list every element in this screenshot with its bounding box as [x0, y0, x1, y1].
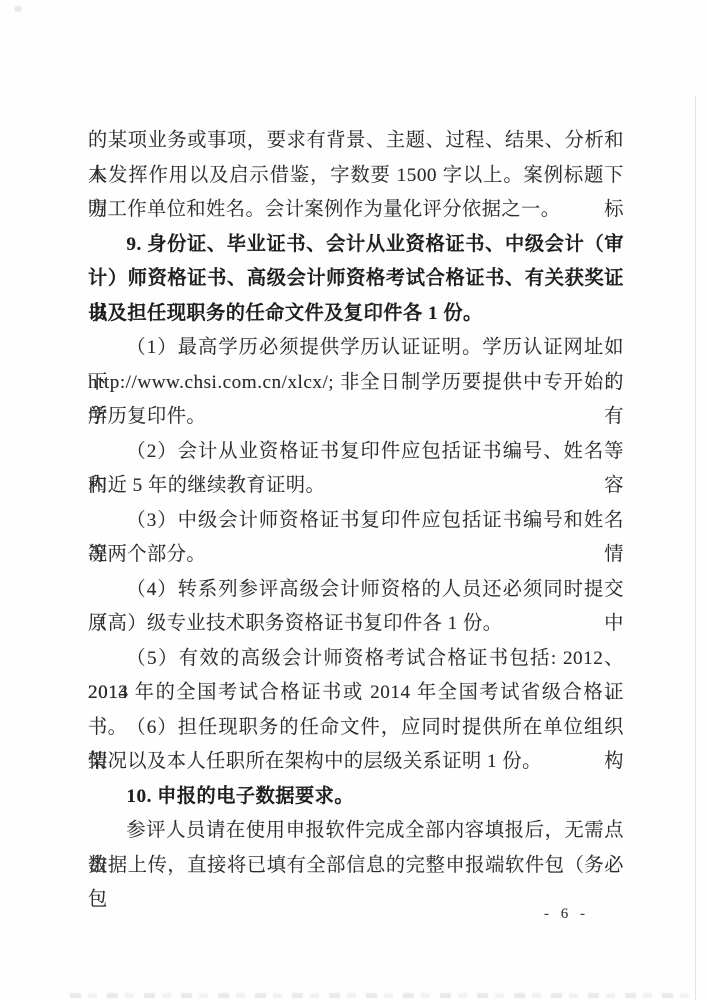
item-1-line: （1）最高学历必须提供学历认证证明。学历认证网址如下： — [88, 331, 624, 366]
doc-line: 人发挥作用以及启示借鉴，字数要 1500 字以上。案例标题下方标 — [88, 159, 624, 194]
doc-line: 明工作单位和姓名。会计案例作为量化评分依据之一。 — [88, 193, 624, 228]
section-9-heading-line: 以及担任现职务的任命文件及复印件各 1 份。 — [88, 297, 624, 332]
section-9-heading-line: 计）师资格证书、高级会计师资格考试合格证书、有关获奖证书 — [88, 262, 624, 297]
item-5-line: （5）有效的高级会计师资格考试合格证书包括: 2012、2013、 — [88, 642, 624, 677]
scan-artifact-speck — [14, 6, 22, 12]
page-bottom-cutoff-text — [70, 993, 698, 998]
doc-line: 的某项业务或事项，要求有背景、主题、过程、结果、分析和本 — [88, 124, 624, 159]
doc-line: 参评人员请在使用申报软件完成全部内容填报后，无需点击 — [88, 814, 624, 849]
page-number: - 6 - — [544, 906, 589, 923]
scanned-document-page: 的某项业务或事项，要求有背景、主题、过程、结果、分析和本 人发挥作用以及启示借鉴… — [0, 0, 707, 1000]
doc-line: 数据上传，直接将已填有全部信息的完整申报端软件包（务必包 — [88, 849, 624, 884]
document-body: 的某项业务或事项，要求有背景、主题、过程、结果、分析和本 人发挥作用以及启示借鉴… — [88, 124, 624, 883]
item-5-line: 2014 年的全国考试合格证书或 2014 年全国考试省级合格证书。 — [88, 676, 624, 711]
item-6-line: （6）担任现职务的任命文件，应同时提供所在单位组织架构 — [88, 711, 624, 746]
scan-artifact-vertical-line — [695, 96, 696, 1000]
section-10-heading-line: 10. 申报的电子数据要求。 — [88, 780, 624, 815]
item-2-line: （2）会计从业资格证书复印件应包括证书编号、姓名等内容 — [88, 435, 624, 470]
item-1-url-line: http://www.chsi.com.cn/xlcx/; 非全日制学历要提供中… — [88, 366, 624, 401]
section-9-heading-line: 9. 身份证、毕业证书、会计从业资格证书、中级会计（审 — [88, 228, 624, 263]
item-3-line: （3）中级会计师资格证书复印件应包括证书编号和姓名等情 — [88, 504, 624, 539]
item-4-line: （4）转系列参评高级会计师资格的人员还必须同时提交原中 — [88, 573, 624, 608]
